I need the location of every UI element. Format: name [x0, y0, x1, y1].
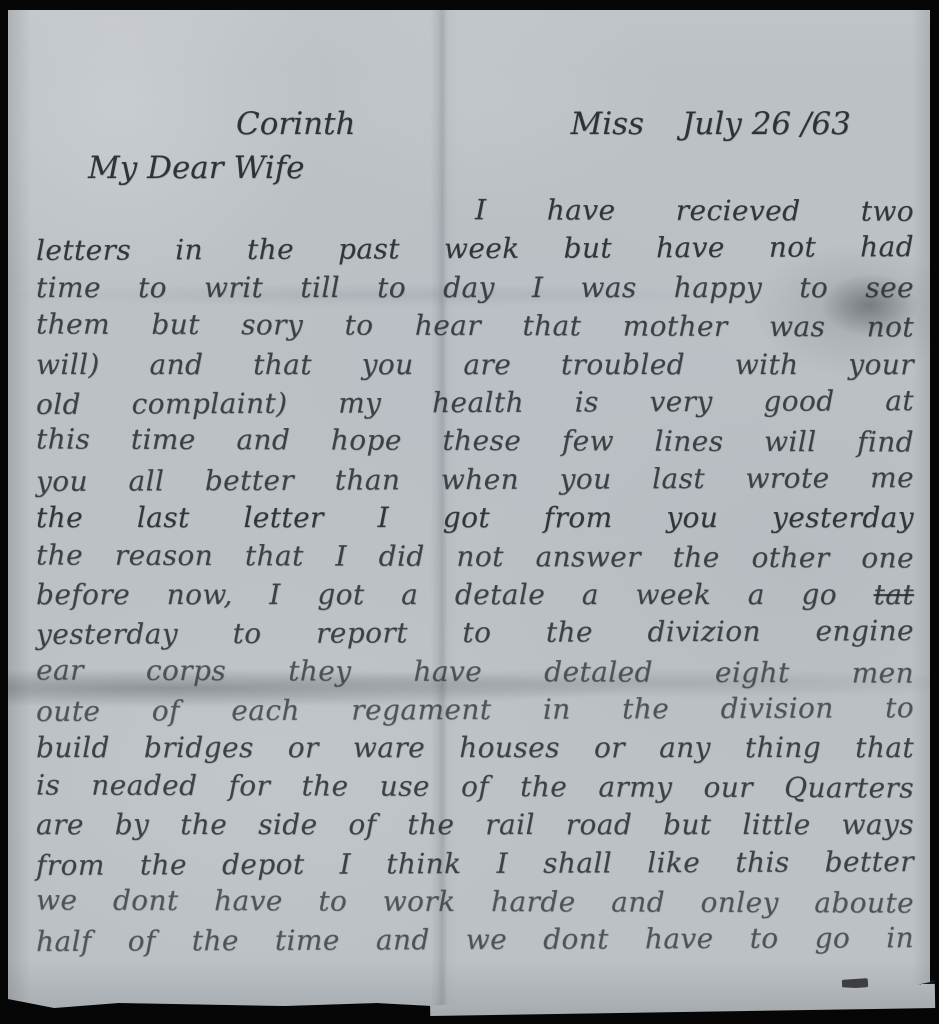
struck-out-word: tat: [874, 578, 914, 611]
dateline-place: Corinth: [236, 106, 356, 142]
letter-line: ear corps they have detaled eight men: [36, 651, 914, 692]
letter-line: before now, I got a detale a week a go t…: [36, 576, 914, 614]
letter-line: is neaded for the use of the army our Qu…: [36, 766, 914, 807]
letter-line: the reason that I did not answer the oth…: [36, 536, 914, 577]
letter-line: them but sory to hear that mother was no…: [36, 306, 914, 347]
letter-line: half of the time and we dont have to go …: [36, 920, 914, 962]
letter-line: we dont have to work harde and onley abo…: [36, 881, 914, 922]
letter-line: are by the side of the rail road but lit…: [36, 806, 914, 844]
letter-line: build bridges or ware houses or any thin…: [36, 729, 914, 767]
letter-body: I have recieved two letters in the past …: [36, 192, 914, 960]
letter-dateline: Corinth Miss July 26 /63: [236, 106, 914, 142]
letter-line: the last letter I got from you yesterday: [36, 499, 914, 537]
letter-line: this time and hope these few lines will …: [36, 421, 914, 462]
letter-content: Corinth Miss July 26 /63 My Dear Wife I …: [8, 10, 930, 1010]
letter-line: yesterday to report to the divizion engi…: [36, 612, 914, 654]
dateline-state: Miss: [571, 106, 644, 142]
letter-line: will) and that you are troubled with you…: [36, 346, 914, 384]
ink-smudge: [842, 978, 869, 989]
letter-line: time to writ till to day I was happy to …: [36, 269, 914, 307]
letter-line: oute of each regament in the division to: [36, 689, 914, 731]
letter-line: I have recieved two: [475, 191, 914, 231]
letter-line: letters in the past week but have not ha…: [36, 228, 914, 270]
scan-background: Corinth Miss July 26 /63 My Dear Wife I …: [0, 0, 939, 1024]
letter-line: you all better than when you last wrote …: [36, 459, 914, 501]
dateline-date: July 26 /63: [682, 106, 851, 142]
letter-line: old complaint) my health is very good at: [36, 382, 914, 424]
letter-page: Corinth Miss July 26 /63 My Dear Wife I …: [8, 10, 930, 1010]
letter-salutation: My Dear Wife: [88, 150, 914, 186]
letter-line-text: before now, I got a detale a week a go: [36, 578, 837, 611]
letter-line: from the depot I think I shall like this…: [36, 843, 914, 885]
